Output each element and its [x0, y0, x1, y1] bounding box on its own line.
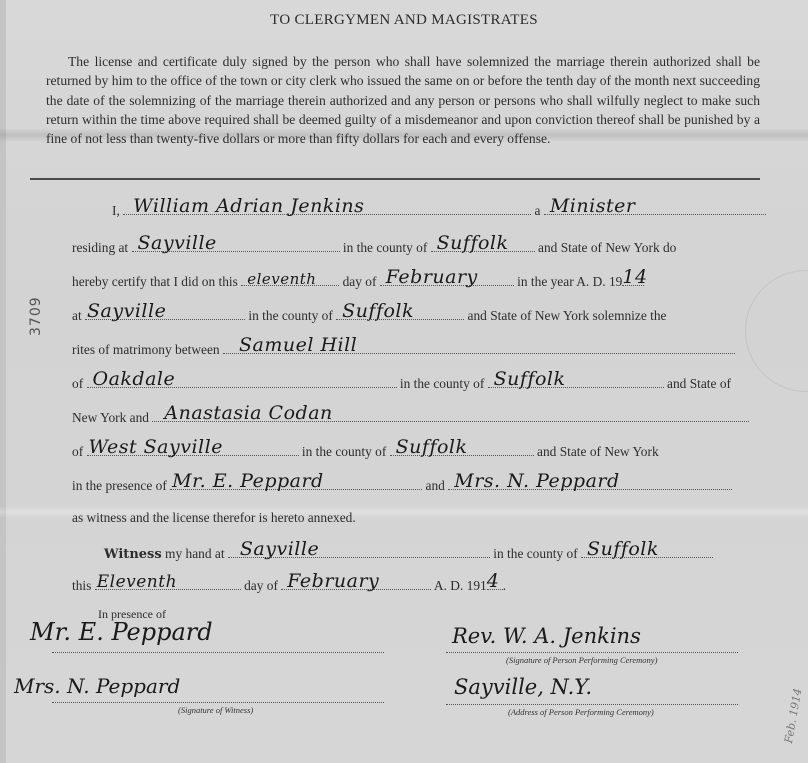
signed-county-value: Suffolk: [587, 538, 659, 560]
signed-place-row: Witness my hand at Sayville in the count…: [104, 546, 713, 562]
label: and: [426, 478, 445, 493]
witness-2-field[interactable]: Mrs. N. Peppard: [448, 488, 732, 490]
signed-day-field[interactable]: Eleventh: [95, 588, 241, 590]
label: of: [72, 444, 83, 459]
label: this: [72, 578, 91, 593]
label: in the county of: [302, 444, 386, 459]
witnesses-row: in the presence of Mr. E. Peppard and Mr…: [72, 478, 732, 494]
divider: [30, 178, 760, 180]
label: residing at: [72, 240, 128, 255]
bride-residence-value: West Sayville: [89, 436, 223, 458]
witness-1-value: Mr. E. Peppard: [172, 470, 324, 492]
groom-row: rites of matrimony between Samuel Hill: [72, 342, 735, 358]
officiant-name-value: William Adrian Jenkins: [133, 195, 364, 217]
label: and State of New York do: [538, 240, 676, 255]
bride-county-field[interactable]: Suffolk: [390, 454, 534, 456]
label: and State of New York solemnize the: [468, 308, 667, 323]
label: in the year A. D. 19: [517, 274, 622, 289]
signed-place-value: Sayville: [240, 538, 319, 560]
day-field[interactable]: eleventh: [241, 284, 339, 286]
label: hereby certify that I did on this: [72, 274, 238, 289]
label: and State of: [667, 376, 731, 391]
residence-row: residing at Sayville in the county of Su…: [72, 240, 676, 256]
witness-signature-2: Mrs. N. Peppard: [14, 674, 180, 698]
residence-field[interactable]: Sayville: [132, 250, 340, 252]
ceremony-place-value: Sayville: [87, 300, 166, 322]
signed-year-value: 4: [487, 570, 500, 592]
groom-residence-row: of Oakdale in the county of Suffolk and …: [72, 376, 731, 392]
label: as witness and the license therefor is h…: [72, 510, 356, 525]
document-title: TO CLERGYMEN AND MAGISTRATES: [0, 12, 808, 29]
day-value: eleventh: [247, 270, 316, 288]
signed-county-field[interactable]: Suffolk: [581, 556, 713, 558]
officiant-title-value: Minister: [550, 195, 636, 217]
groom-residence-field[interactable]: Oakdale: [87, 386, 397, 388]
witness-signature-line-2[interactable]: [52, 701, 384, 703]
ceremony-place-row: at Sayville in the county of Suffolk and…: [72, 308, 667, 324]
signed-date-row: this Eleventh day of February A. D. 1914…: [72, 578, 506, 594]
bride-county-value: Suffolk: [396, 436, 468, 458]
bride-residence-field[interactable]: West Sayville: [87, 454, 299, 456]
label: in the county of: [248, 308, 332, 323]
witness-1-field[interactable]: Mr. E. Peppard: [170, 488, 422, 490]
label: and State of New York: [537, 444, 659, 459]
label: in the county of: [343, 240, 427, 255]
signed-month-value: February: [287, 570, 379, 592]
bride-residence-row: of West Sayville in the county of Suffol…: [72, 444, 659, 460]
officiant-address: Sayville, N.Y.: [454, 675, 592, 699]
officiant-title-field[interactable]: Minister: [544, 213, 766, 215]
residence-county-field[interactable]: Suffolk: [431, 250, 535, 252]
witness-2-value: Mrs. N. Peppard: [454, 470, 619, 492]
notice-paragraph: The license and certificate duly signed …: [46, 52, 760, 148]
groom-county-field[interactable]: Suffolk: [488, 386, 664, 388]
label: day of: [244, 578, 278, 593]
year-field[interactable]: 14: [622, 284, 644, 286]
ceremony-place-field[interactable]: Sayville: [85, 318, 245, 320]
bride-name-field[interactable]: Anastasia Codan: [152, 420, 749, 422]
bride-row: New York and Anastasia Codan: [72, 410, 749, 426]
label: A. D. 191: [434, 578, 487, 593]
groom-county-value: Suffolk: [494, 368, 566, 390]
officiant-address-line[interactable]: [446, 703, 738, 705]
label: at: [72, 308, 82, 323]
label: a: [535, 203, 541, 218]
officiant-signature-line[interactable]: [446, 651, 738, 653]
bride-name-value: Anastasia Codan: [164, 402, 332, 424]
label: in the presence of: [72, 478, 167, 493]
groom-name-value: Samuel Hill: [239, 334, 357, 356]
witness-signature-line-1[interactable]: [52, 651, 384, 653]
label: in the county of: [400, 376, 484, 391]
label: New York and: [72, 410, 149, 425]
officiant-address-caption: (Address of Person Performing Ceremony): [508, 707, 654, 717]
label: day of: [343, 274, 377, 289]
month-field[interactable]: February: [380, 284, 514, 286]
seal-impression: [745, 270, 808, 392]
ceremony-county-field[interactable]: Suffolk: [336, 318, 464, 320]
edge-annotation: Feb. 1914: [782, 687, 804, 744]
label: my hand at: [165, 546, 225, 561]
label: of: [72, 376, 83, 391]
signed-year-field[interactable]: 4: [487, 588, 503, 590]
officiant-signature: Rev. W. A. Jenkins: [452, 624, 641, 648]
label: rites of matrimony between: [72, 342, 220, 357]
residence-value: Sayville: [138, 232, 217, 254]
officiant-signature-caption: (Signature of Person Performing Ceremony…: [506, 655, 657, 665]
witness-signature-1: Mr. E. Peppard: [30, 618, 213, 646]
page-edge: [0, 0, 6, 763]
signed-place-field[interactable]: Sayville: [228, 556, 490, 558]
ceremony-county-value: Suffolk: [342, 300, 414, 322]
month-value: February: [386, 266, 478, 288]
annex-row: as witness and the license therefor is h…: [72, 510, 356, 526]
witness-signature-caption: (Signature of Witness): [178, 705, 253, 715]
year-value: 14: [622, 266, 647, 288]
label: in the county of: [493, 546, 577, 561]
groom-name-field[interactable]: Samuel Hill: [223, 352, 735, 354]
document-page: TO CLERGYMEN AND MAGISTRATES The license…: [0, 0, 808, 763]
officiant-name-field[interactable]: William Adrian Jenkins: [123, 213, 531, 215]
label: Witness: [104, 547, 162, 562]
margin-number: 3709: [28, 296, 44, 336]
notice-text: The license and certificate duly signed …: [46, 52, 760, 148]
signed-day-value: Eleventh: [97, 572, 177, 592]
residence-county-value: Suffolk: [437, 232, 509, 254]
date-row: hereby certify that I did on this eleven…: [72, 274, 644, 290]
groom-residence-value: Oakdale: [93, 368, 176, 390]
signed-month-field[interactable]: February: [281, 588, 431, 590]
label: I,: [112, 203, 120, 218]
officiant-row: I, William Adrian Jenkins a Minister: [112, 203, 766, 219]
